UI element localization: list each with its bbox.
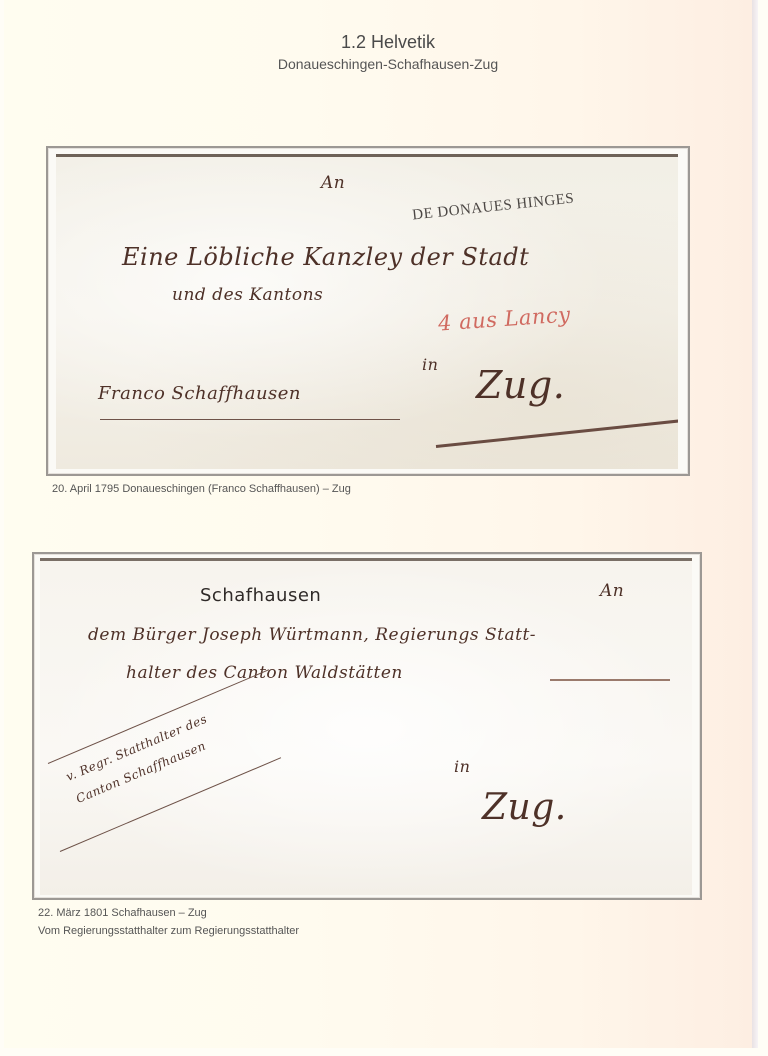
address-underline bbox=[550, 679, 670, 681]
cover-2-image: Schafhausen An dem Bürger Joseph Würtman… bbox=[40, 558, 692, 895]
address-line: und des Kantons bbox=[172, 285, 323, 305]
postmark: DE DONAUES HINGES bbox=[412, 191, 576, 225]
address-line: in bbox=[454, 757, 470, 776]
destination-zug: Zug. bbox=[482, 787, 567, 828]
postmark: Schafhausen bbox=[200, 585, 321, 606]
cover-1-caption: 20. April 1795 Donaueschingen (Franco Sc… bbox=[52, 483, 351, 495]
address-line: halter des Canton Waldstätten bbox=[126, 663, 403, 683]
address-line: in bbox=[422, 355, 438, 374]
sender-rule-top bbox=[48, 669, 269, 764]
address-line: Eine Löbliche Kanzley der Stadt bbox=[122, 243, 529, 271]
cover-2-frame: Schafhausen An dem Bürger Joseph Würtman… bbox=[32, 552, 702, 900]
address-line: dem Bürger Joseph Würtmann, Regierungs S… bbox=[88, 625, 536, 645]
destination-zug: Zug. bbox=[476, 363, 565, 407]
page-title: 1.2 Helvetik bbox=[0, 32, 768, 53]
franco-note: Franco Schaffhausen bbox=[98, 383, 301, 404]
cover-2-caption: 22. März 1801 Schafhausen – Zug bbox=[38, 907, 207, 919]
cover-1-frame: An DE DONAUES HINGES Eine Löbliche Kanzl… bbox=[46, 146, 690, 476]
address-line: An bbox=[600, 581, 624, 601]
address-line: An bbox=[321, 173, 345, 193]
cover-1-image: An DE DONAUES HINGES Eine Löbliche Kanzl… bbox=[56, 154, 678, 469]
zug-flourish bbox=[436, 419, 678, 448]
page-subtitle: Donaueschingen-Schafhausen-Zug bbox=[0, 56, 768, 72]
red-rate-mark: 4 aus Lancy bbox=[437, 302, 571, 335]
page-edge-shadow bbox=[752, 0, 758, 1048]
franco-underline bbox=[100, 419, 400, 420]
cover-2-caption-detail: Vom Regierungsstatthalter zum Regierungs… bbox=[38, 925, 299, 937]
